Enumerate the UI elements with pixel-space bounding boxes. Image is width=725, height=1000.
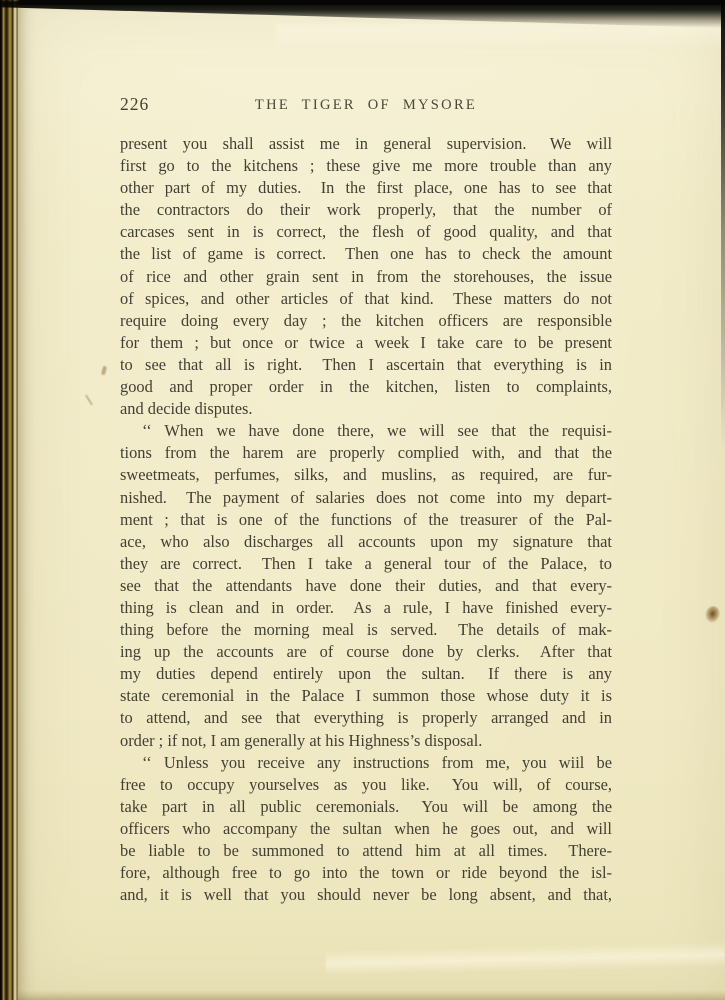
text-line: and, it is well that you should never be…	[120, 884, 612, 906]
text-line: ing up the accounts are of course done b…	[120, 641, 612, 663]
text-line: see that the attendants have done their …	[120, 575, 612, 597]
book-photo: 226 THE TIGER OF MYSORE present you shal…	[0, 0, 725, 1000]
text-line: of spices, and other articles of that ki…	[120, 288, 612, 310]
text-line: they are correct. Then I take a general …	[120, 553, 612, 575]
text-line: free to occupy yourselves as you like. Y…	[120, 774, 612, 796]
text-line: officers who accompany the sultan when h…	[120, 818, 612, 840]
text-line: nished. The payment of salaries does not…	[120, 487, 612, 509]
text-line: ‘‘ Unless you receive any instructions f…	[120, 752, 612, 774]
text-line: of rice and other grain sent in from the…	[120, 266, 612, 288]
text-line: take part in all public ceremonials. You…	[120, 796, 612, 818]
running-title: THE TIGER OF MYSORE	[120, 94, 612, 114]
text-line: my duties depend entirely upon the sulta…	[120, 663, 612, 685]
page-number: 226	[120, 94, 149, 115]
text-line: the list of game is correct. Then one ha…	[120, 243, 612, 265]
text-line: first go to the kitchens ; these give me…	[120, 155, 612, 177]
text-line: to see that all is right. Then I ascerta…	[120, 354, 612, 376]
text-line: ment ; that is one of the functions of t…	[120, 509, 612, 531]
text-line: present you shall assist me in general s…	[120, 133, 612, 155]
text-line: other part of my duties. In the first pl…	[120, 177, 612, 199]
text-line: to attend, and see that everything is pr…	[120, 707, 612, 729]
text-line: thing is clean and in order. As a rule, …	[120, 597, 612, 619]
running-head: 226 THE TIGER OF MYSORE	[120, 94, 612, 116]
text-line: state ceremonial in the Palace I summon …	[120, 685, 612, 707]
text-line: fore, although free to go into the town …	[120, 862, 612, 884]
page-text: present you shall assist me in general s…	[120, 133, 612, 906]
text-line: carcases sent in is correct, the flesh o…	[120, 221, 612, 243]
printed-content: 226 THE TIGER OF MYSORE present you shal…	[0, 0, 725, 1000]
text-line: thing before the morning meal is served.…	[120, 619, 612, 641]
text-line: and decide disputes.	[120, 398, 612, 420]
text-line: sweetmeats, perfumes, silks, and muslins…	[120, 464, 612, 486]
text-line: ace, who also discharges all accounts up…	[120, 531, 612, 553]
text-line: for them ; but once or twice a week I ta…	[120, 332, 612, 354]
text-line: order ; if not, I am generally at his Hi…	[120, 730, 612, 752]
text-line: good and proper order in the kitchen, li…	[120, 376, 612, 398]
text-line: the contractors do their work properly, …	[120, 199, 612, 221]
text-line: tions from the harem are properly compli…	[120, 442, 612, 464]
text-line: be liable to be summoned to attend him a…	[120, 840, 612, 862]
text-line: require doing every day ; the kitchen of…	[120, 310, 612, 332]
text-line: ‘‘ When we have done there, we will see …	[120, 420, 612, 442]
